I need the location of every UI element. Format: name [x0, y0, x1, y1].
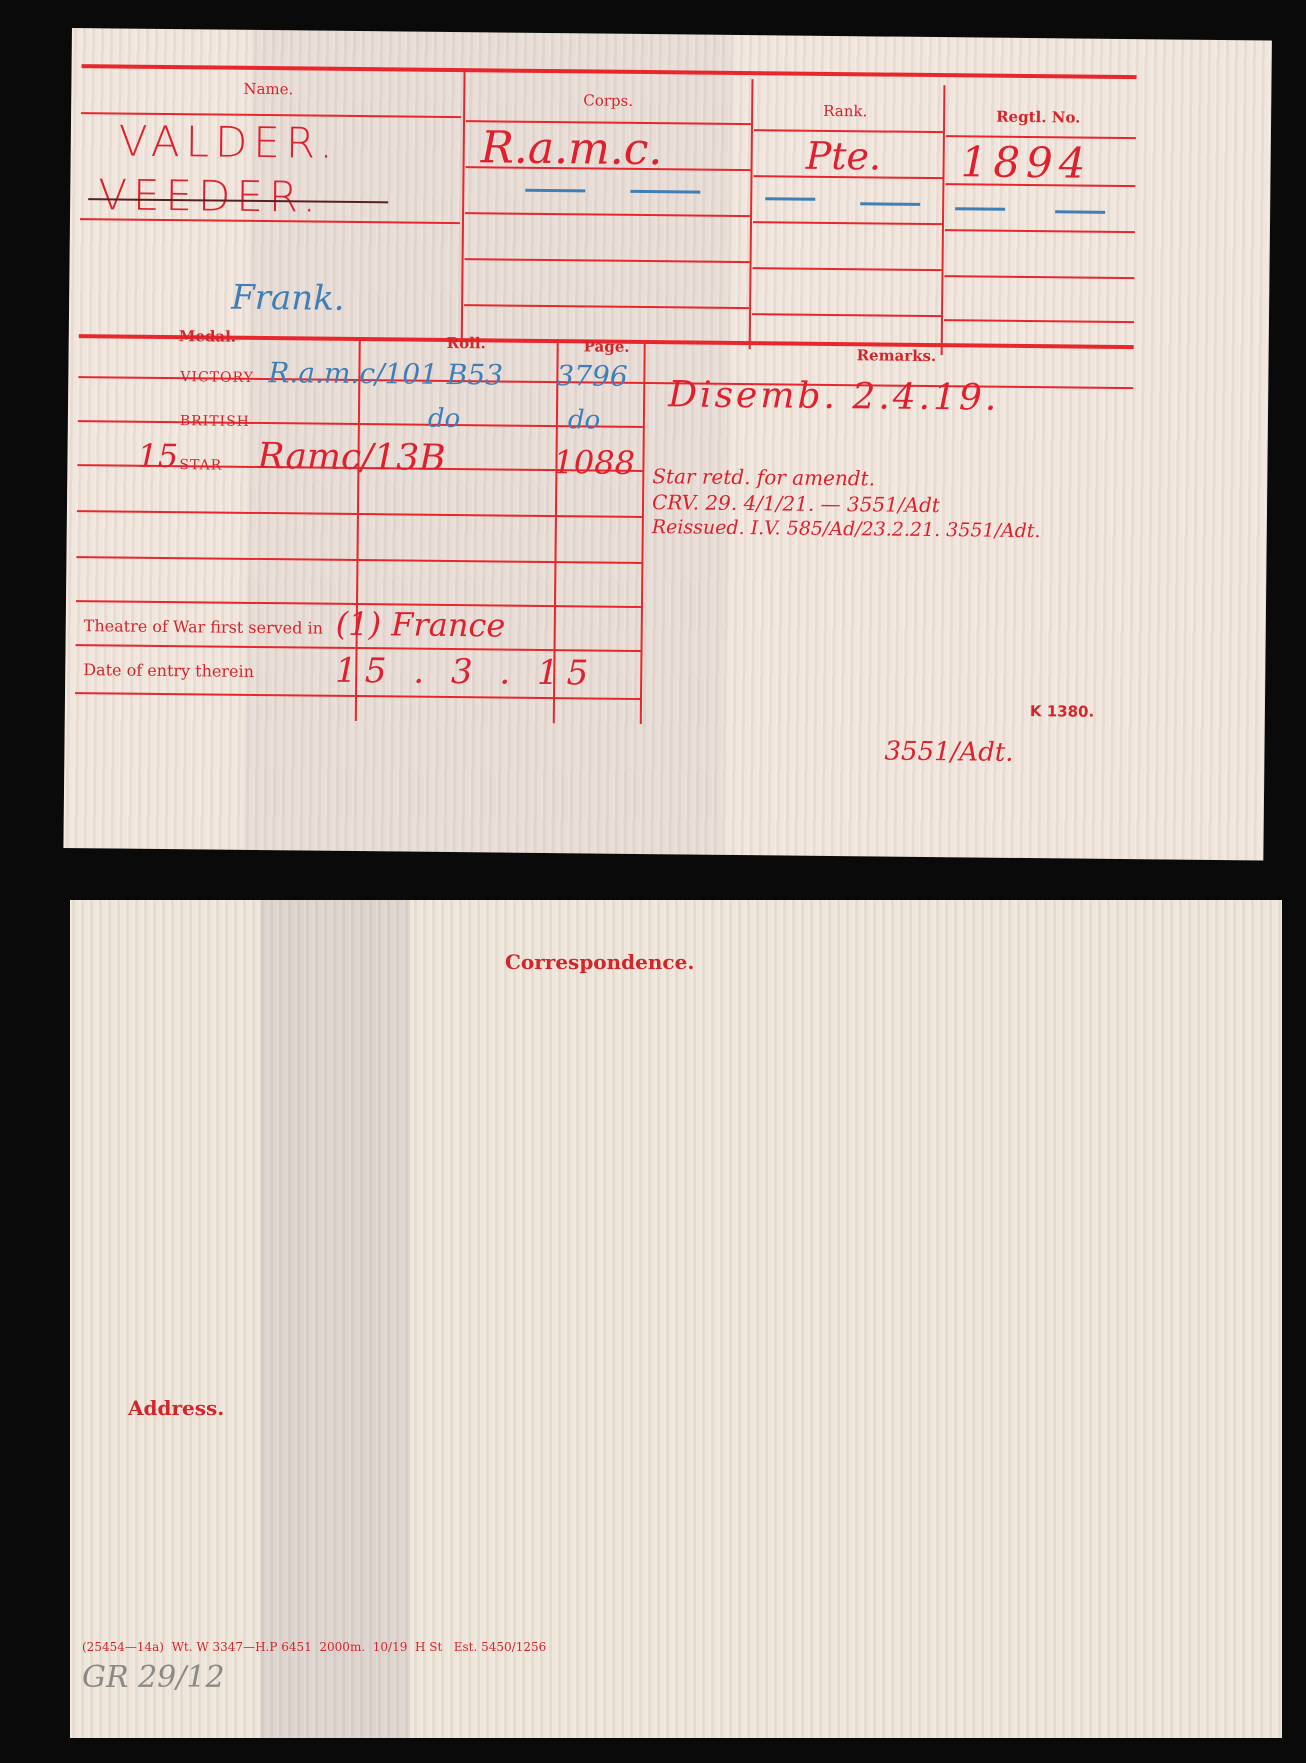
- rule: [754, 129, 944, 133]
- forename-value: Frank.: [231, 278, 345, 319]
- rule: [944, 275, 1134, 279]
- page-header: Page.: [584, 337, 630, 355]
- remarks-line-2: Star retd. for amendt.: [652, 464, 875, 490]
- rule: [753, 221, 943, 225]
- ditto-dash: [525, 189, 585, 193]
- roll-header: Roll.: [447, 334, 486, 352]
- ditto-dash: [860, 202, 920, 206]
- remarks-line-3: CRV. 29. 4/1/21. — 3551/Adt: [652, 490, 940, 517]
- corps-header: Corps.: [583, 91, 633, 110]
- page-value: do: [568, 405, 601, 435]
- name-header: Name.: [243, 80, 293, 99]
- rank-header: Rank.: [823, 102, 867, 120]
- medal-header: Medal.: [179, 327, 236, 346]
- ditto-dash: [1055, 210, 1105, 214]
- rank-value: Pte.: [805, 134, 881, 179]
- ditto-dash: [955, 207, 1005, 211]
- date-of-entry-label: Date of entry therein: [83, 660, 254, 681]
- medal-label: VICTORY: [180, 369, 254, 386]
- form-number: K 1380.: [1030, 702, 1094, 721]
- regtl-no-header: Regtl. No.: [996, 108, 1080, 127]
- footer-note: 3551/Adt.: [884, 737, 1013, 768]
- date-of-entry-value: 15 . 3 . 15: [335, 651, 596, 694]
- corps-value: R.a.m.c.: [481, 122, 663, 175]
- medal-label: STAR: [179, 457, 222, 473]
- print-line: (25454—14a) Wt. W 3347—H.P 6451 2000m. 1…: [82, 1640, 546, 1654]
- surname-value: VALDER.: [119, 116, 340, 167]
- medal-label: BRITISH: [180, 413, 250, 430]
- pencil-note: GR 29/12: [82, 1660, 225, 1695]
- theatre-value: (1) France: [336, 605, 506, 645]
- page-value: 1088: [553, 443, 635, 482]
- struck-surname-value: VEEDER.: [98, 170, 322, 221]
- page-value: 3796: [556, 359, 628, 393]
- correspondence-title: Correspondence.: [505, 950, 694, 974]
- medal-index-card-back: Correspondence. Address. (25454—14a) Wt.…: [70, 900, 1282, 1738]
- roll-value: R.a.m.c/101 B53: [268, 356, 503, 391]
- regtl-no-value: 1894: [960, 137, 1091, 187]
- remarks-line-4: Reissued. I.V. 585/Ad/23.2.21. 3551/Adt.: [652, 516, 1041, 542]
- medal-index-card-front: Name. Corps. Rank. Regtl. No. VALDER. VE…: [63, 28, 1272, 861]
- theatre-label: Theatre of War first served in: [84, 616, 323, 638]
- rule: [944, 319, 1134, 323]
- roll-value: do: [428, 404, 461, 434]
- address-label: Address.: [128, 1396, 224, 1420]
- remarks-header: Remarks.: [857, 346, 937, 365]
- roll-value: Ramc/13B: [257, 436, 446, 479]
- discoloration: [260, 900, 410, 1738]
- star-prefix: 15: [137, 437, 178, 475]
- rule: [945, 229, 1135, 233]
- remarks-line-1: Disemb. 2.4.19.: [668, 374, 1000, 418]
- ditto-dash: [765, 197, 815, 201]
- rule: [752, 313, 942, 317]
- rule: [753, 267, 943, 271]
